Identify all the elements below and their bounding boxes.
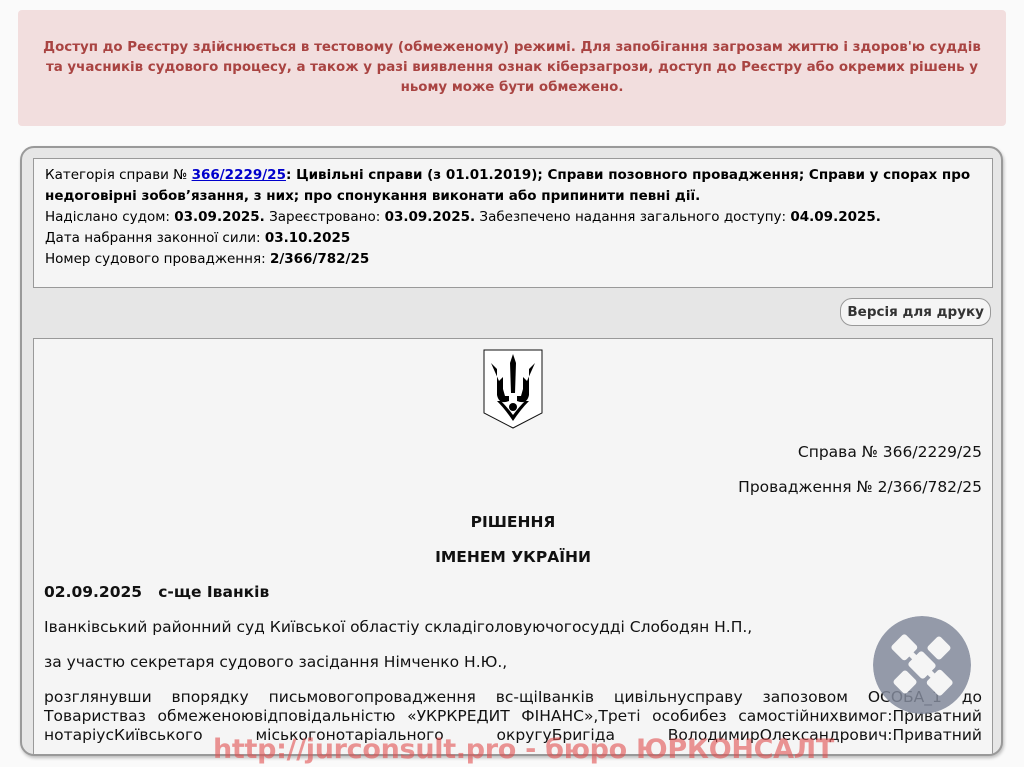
decision-frame: Категорія справи № 366/2229/25: Цивільні… [20,146,1003,756]
decision-paragraph: за участю секретаря судового засідання Н… [44,653,982,671]
access-restriction-alert: Доступ до Реєстру здійснюється в тестово… [18,10,1006,126]
decision-date-place: 02.09.2025 с-ще Іванків [44,583,982,601]
print-version-button[interactable]: Версія для друку [840,298,991,326]
site-watermark: http://jurconsult.pro - бюро ЮРКОНСАЛТ [213,734,834,765]
decision-subtitle: ІМЕНЕМ УКРАЇНИ [44,548,982,566]
decision-paragraph: Іванківський районний суд Київської обла… [44,618,982,636]
registered-date: 03.09.2025. [385,209,476,225]
sent-date: 03.09.2025. [174,209,265,225]
effective-date-row: Дата набрання законної сили: 03.10.2025 [45,228,981,249]
proceeding-number-row: Номер судового провадження: 2/366/782/25 [45,249,981,270]
public-access-date: 04.09.2025. [790,209,881,225]
case-number-link[interactable]: 366/2229/25 [192,167,286,183]
proceeding-number-line: Провадження № 2/366/782/25 [44,478,982,496]
case-number-line: Справа № 366/2229/25 [44,443,982,461]
case-info-panel: Категорія справи № 366/2229/25: Цивільні… [33,158,993,288]
alert-text: Доступ до Реєстру здійснюється в тестово… [36,38,988,98]
case-category-row: Категорія справи № 366/2229/25: Цивільні… [45,165,981,207]
proceeding-number: 2/366/782/25 [270,251,369,267]
case-dates-row: Надіслано судом: 03.09.2025. Зареєстрова… [45,207,981,228]
puzzle-watermark-icon [873,616,971,714]
coat-of-arms-icon [483,349,543,429]
decision-document: Справа № 366/2229/25 Провадження № 2/366… [33,338,993,756]
effective-date: 03.10.2025 [265,230,350,246]
decision-title: РІШЕННЯ [44,513,982,531]
